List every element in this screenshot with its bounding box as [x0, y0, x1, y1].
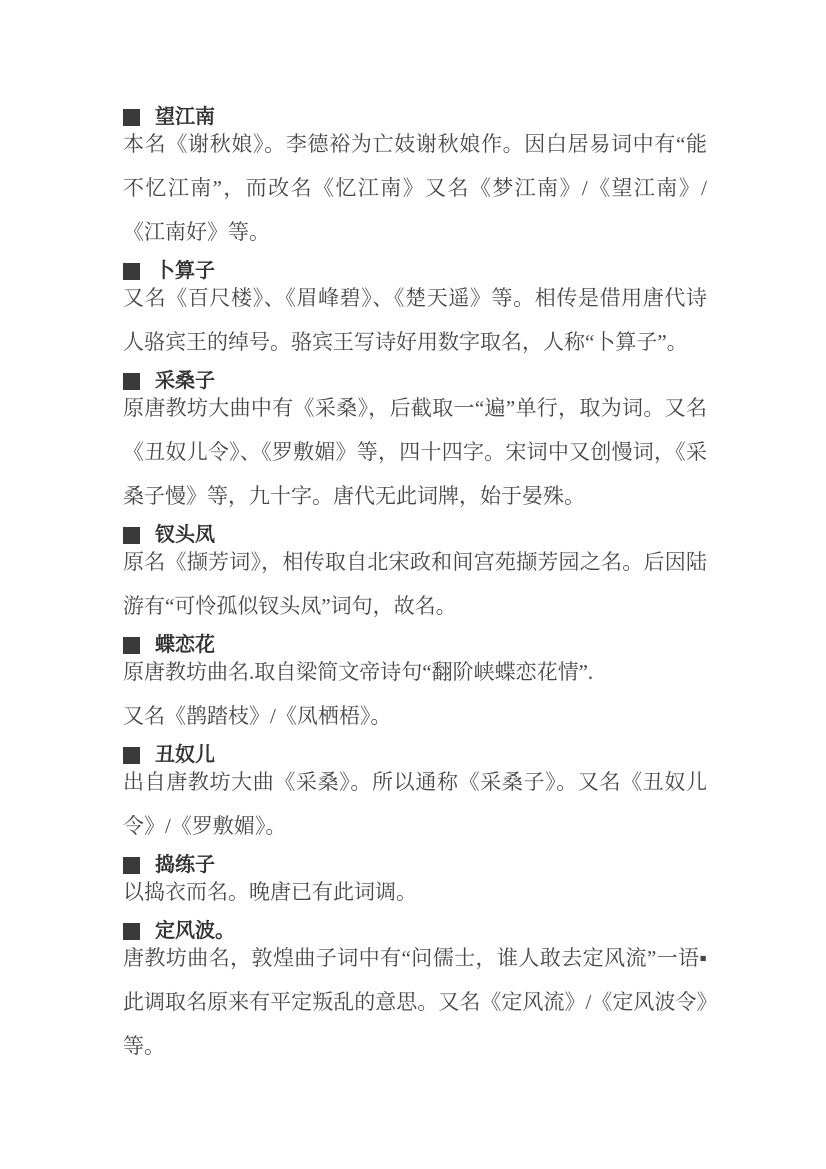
- paragraph-text: 原唐教坊大曲中有《采桑》，后截取一“遍”单行，取为词。又名《丑奴儿令》、《罗敷媚…: [123, 386, 707, 518]
- document-page: 望江南 本名《谢秋娘》。李德裕为亡妓谢秋娘作。因白居易词中有“能不忆江南”，而改…: [0, 0, 826, 1169]
- paragraph-text: 本名《谢秋娘》。李德裕为亡妓谢秋娘作。因白居易词中有“能不忆江南”，而改名《忆江…: [123, 122, 707, 254]
- paragraph-text: 唐教坊曲名，敦煌曲子词中有“问儒士，谁人敢去定风流”一语▪此调取名原来有平定叛乱…: [123, 936, 707, 1068]
- paragraph-text: 又名《百尺楼》、《眉峰碧》、《楚天遥》等。相传是借用唐代诗人骆宾王的绰号。骆宾王…: [123, 276, 707, 364]
- cipai-section: 钗头凤 原名《撷芳词》，相传取自北宋政和间宫苑撷芳园之名。后因陆游有“可怜孤似钗…: [123, 522, 707, 628]
- paragraph-text: 以捣衣而名。晚唐已有此词调。: [123, 870, 707, 914]
- cipai-section: 卜算子 又名《百尺楼》、《眉峰碧》、《楚天遥》等。相传是借用唐代诗人骆宾王的绰号…: [123, 258, 707, 364]
- document-content: 望江南 本名《谢秋娘》。李德裕为亡妓谢秋娘作。因白居易词中有“能不忆江南”，而改…: [123, 100, 707, 1068]
- cipai-section: 丑奴儿 出自唐教坊大曲《采桑》。所以通称《采桑子》。又名《丑奴儿令》/《罗敷媚》…: [123, 742, 707, 848]
- cipai-section: 望江南 本名《谢秋娘》。李德裕为亡妓谢秋娘作。因白居易词中有“能不忆江南”，而改…: [123, 104, 707, 254]
- paragraph-text: 出自唐教坊大曲《采桑》。所以通称《采桑子》。又名《丑奴儿令》/《罗敷媚》。: [123, 760, 707, 848]
- paragraph-text: 原名《撷芳词》，相传取自北宋政和间宫苑撷芳园之名。后因陆游有“可怜孤似钗头凤”词…: [123, 540, 707, 628]
- paragraph-text: 又名《鹊踏枝》/《凤栖梧》。: [123, 694, 707, 738]
- cipai-section: 采桑子 原唐教坊大曲中有《采桑》，后截取一“遍”单行，取为词。又名《丑奴儿令》、…: [123, 368, 707, 518]
- cipai-section: 捣练子 以捣衣而名。晚唐已有此词调。: [123, 852, 707, 914]
- cipai-section: 蝶恋花 原唐教坊曲名.取自梁简文帝诗句“翻阶峡蝶恋花情”.又名《鹊踏枝》/《凤栖…: [123, 632, 707, 738]
- cipai-section: 定风波。 唐教坊曲名，敦煌曲子词中有“问儒士，谁人敢去定风流”一语▪此调取名原来…: [123, 918, 707, 1068]
- paragraph-text: 原唐教坊曲名.取自梁简文帝诗句“翻阶峡蝶恋花情”.: [123, 650, 707, 694]
